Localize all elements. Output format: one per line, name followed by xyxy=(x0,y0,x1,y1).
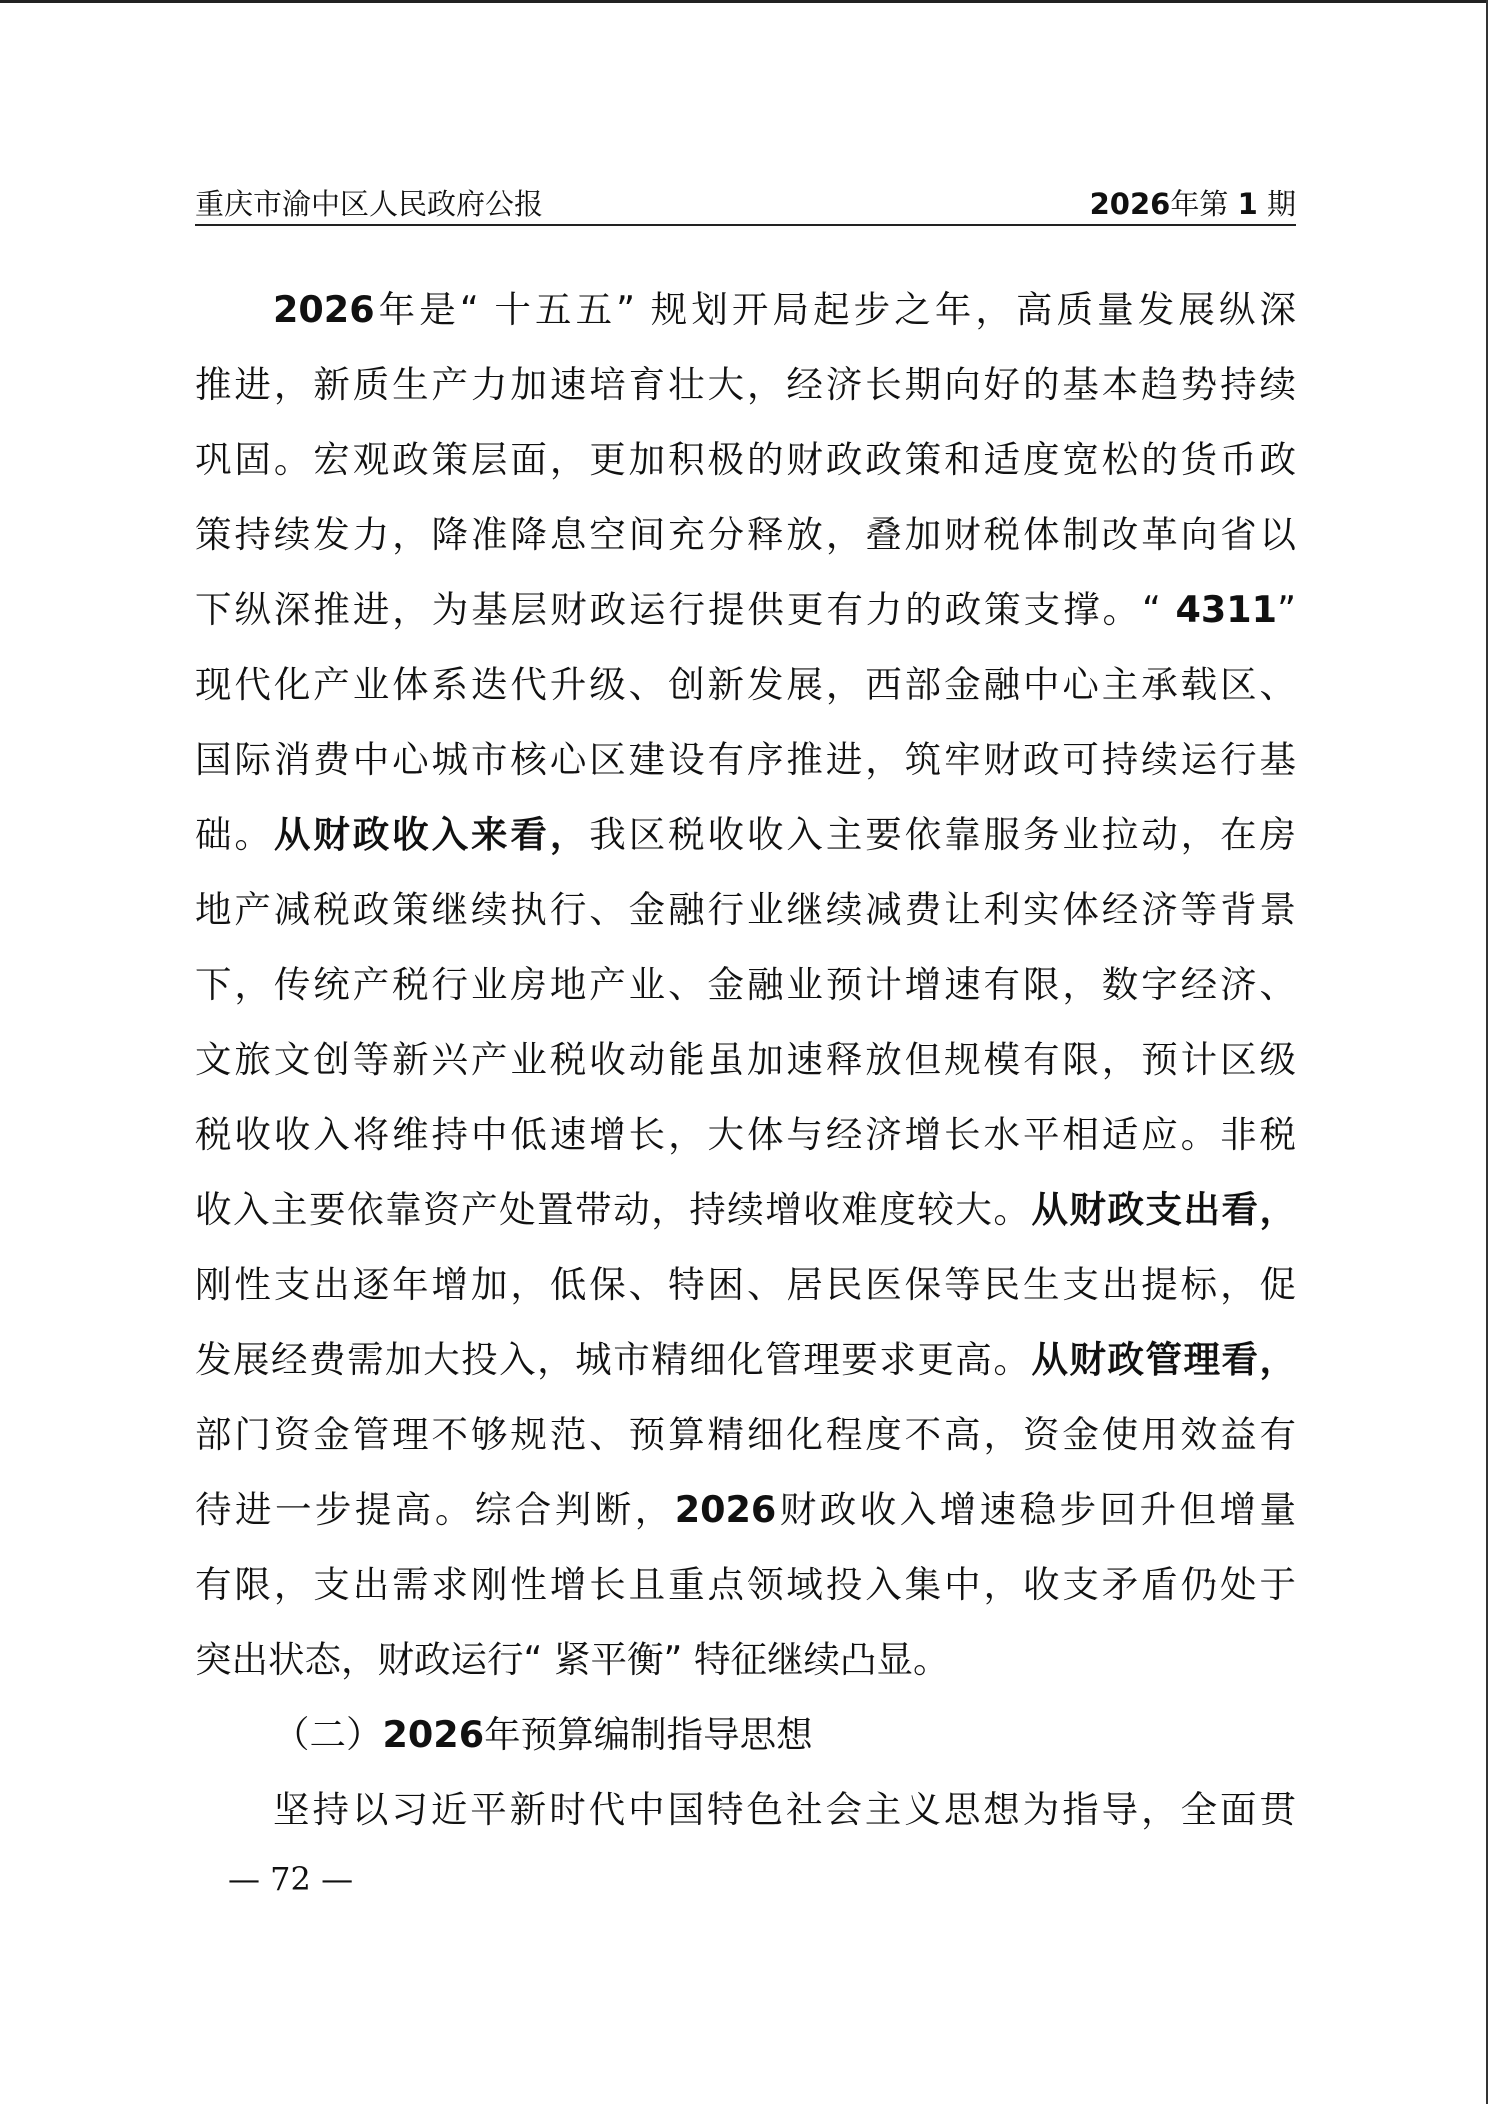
paragraph-line: 国际消费中心城市核心区建设有序推进，筑牢财政可持续运行基 xyxy=(195,730,1296,805)
bold-text: 从财政支出看， xyxy=(1031,1188,1296,1231)
text: 财政收入增速稳步回升但增量 xyxy=(776,1488,1296,1531)
paragraph-line: 推进，新质生产力加速培育壮大，经济长期向好的基本趋势持续 xyxy=(195,355,1296,430)
body-text: 2026年是“ 十五五” 规划开局起步之年，高质量发展纵深推进，新质生产力加速培… xyxy=(195,280,1296,1855)
text: 收入主要依靠资产处置带动，持续增收难度较大。 xyxy=(195,1188,1031,1231)
paragraph-line: 文旅文创等新兴产业税收动能虽加速释放但规模有限，预计区级 xyxy=(195,1030,1296,1105)
text: 税收收入将维持中低速增长，大体与经济增长水平相适应。非税 xyxy=(195,1113,1296,1156)
paragraph-line: 础。从财政收入来看，我区税收收入主要依靠服务业拉动，在房 xyxy=(195,805,1296,880)
text: 突出状态，财政运行“ 紧平衡” 特征继续凸显。 xyxy=(195,1638,950,1681)
section-subheading: （二）2026年预算编制指导思想 xyxy=(195,1705,1296,1780)
text: 下，传统产税行业房地产业、金融业预计增速有限，数字经济、 xyxy=(195,963,1296,1006)
paragraph-line: 2026年是“ 十五五” 规划开局起步之年，高质量发展纵深 xyxy=(195,280,1296,355)
paragraph-line: 待进一步提高。综合判断，2026财政收入增速稳步回升但增量 xyxy=(195,1480,1296,1555)
bold-text: 2026 xyxy=(273,288,375,331)
paragraph-line: 巩固。宏观政策层面，更加积极的财政政策和适度宽松的货币政 xyxy=(195,430,1296,505)
text: 础。 xyxy=(195,813,274,856)
subheading-text: 年预算编制指导思想 xyxy=(484,1713,813,1756)
page-header: 重庆市渝中区人民政府公报 2026年第 1 期 xyxy=(195,178,1296,226)
paragraph-line: 现代化产业体系迭代升级、创新发展，西部金融中心主承载区、 xyxy=(195,655,1296,730)
paragraph-line: 下纵深推进，为基层财政运行提供更有力的政策支撑。“ 4311” xyxy=(195,580,1296,655)
paragraph-line: 税收收入将维持中低速增长，大体与经济增长水平相适应。非税 xyxy=(195,1105,1296,1180)
text: 部门资金管理不够规范、预算精细化程度不高，资金使用效益有 xyxy=(195,1413,1296,1456)
subheading-prefix: （二） xyxy=(273,1713,383,1756)
bold-text: 从财政管理看， xyxy=(1031,1338,1296,1381)
subheading-year: 2026 xyxy=(383,1713,485,1756)
text: 年是“ 十五五” 规划开局起步之年，高质量发展纵深 xyxy=(375,288,1296,331)
paragraph-line: 刚性支出逐年增加，低保、特困、居民医保等民生支出提标，促 xyxy=(195,1255,1296,1330)
text: 下纵深推进，为基层财政运行提供更有力的政策支撑。“ xyxy=(195,588,1175,631)
page-number: — 72 — xyxy=(228,1860,353,1898)
paragraph-line: 发展经费需加大投入，城市精细化管理要求更高。从财政管理看， xyxy=(195,1330,1296,1405)
bold-text: 从财政收入来看， xyxy=(274,813,589,856)
paragraph-line: 坚持以习近平新时代中国特色社会主义思想为指导，全面贯 xyxy=(195,1780,1296,1855)
text: 待进一步提高。综合判断， xyxy=(195,1488,675,1531)
paragraph-line: 下，传统产税行业房地产业、金融业预计增速有限，数字经济、 xyxy=(195,955,1296,1030)
issue-label: 2026年第 1 期 xyxy=(1090,182,1296,223)
issue-year: 2026 xyxy=(1090,187,1171,221)
text: 发展经费需加大投入，城市精细化管理要求更高。 xyxy=(195,1338,1031,1381)
text: 有限，支出需求刚性增长且重点领域投入集中，收支矛盾仍处于 xyxy=(195,1563,1296,1606)
paragraph-line: 部门资金管理不够规范、预算精细化程度不高，资金使用效益有 xyxy=(195,1405,1296,1480)
text: 文旅文创等新兴产业税收动能虽加速释放但规模有限，预计区级 xyxy=(195,1038,1296,1081)
bold-text: 2026 xyxy=(675,1488,777,1531)
page-top-border xyxy=(0,0,1488,3)
paragraph-line: 地产减税政策继续执行、金融行业继续减费让利实体经济等背景 xyxy=(195,880,1296,955)
text: 地产减税政策继续执行、金融行业继续减费让利实体经济等背景 xyxy=(195,888,1296,931)
paragraph-line: 突出状态，财政运行“ 紧平衡” 特征继续凸显。 xyxy=(195,1630,1296,1705)
publication-title: 重庆市渝中区人民政府公报 xyxy=(195,182,543,223)
paragraph-line: 策持续发力，降准降息空间充分释放，叠加财税体制改革向省以 xyxy=(195,505,1296,580)
text: 我区税收收入主要依靠服务业拉动，在房 xyxy=(589,813,1296,856)
issue-suffix: 年第 xyxy=(1170,187,1228,221)
bold-text: 4311 xyxy=(1175,588,1277,631)
issue-number: 1 xyxy=(1238,187,1258,221)
text: 推进，新质生产力加速培育壮大，经济长期向好的基本趋势持续 xyxy=(195,363,1296,406)
text: 策持续发力，降准降息空间充分释放，叠加财税体制改革向省以 xyxy=(195,513,1296,556)
issue-unit: 期 xyxy=(1267,187,1296,221)
text: 现代化产业体系迭代升级、创新发展，西部金融中心主承载区、 xyxy=(195,663,1296,706)
text: 刚性支出逐年增加，低保、特困、居民医保等民生支出提标，促 xyxy=(195,1263,1296,1306)
text: 国际消费中心城市核心区建设有序推进，筑牢财政可持续运行基 xyxy=(195,738,1296,781)
text: 巩固。宏观政策层面，更加积极的财政政策和适度宽松的货币政 xyxy=(195,438,1296,481)
paragraph-line: 收入主要依靠资产处置带动，持续增收难度较大。从财政支出看， xyxy=(195,1180,1296,1255)
text: ” xyxy=(1277,588,1296,631)
paragraph-line: 有限，支出需求刚性增长且重点领域投入集中，收支矛盾仍处于 xyxy=(195,1555,1296,1630)
